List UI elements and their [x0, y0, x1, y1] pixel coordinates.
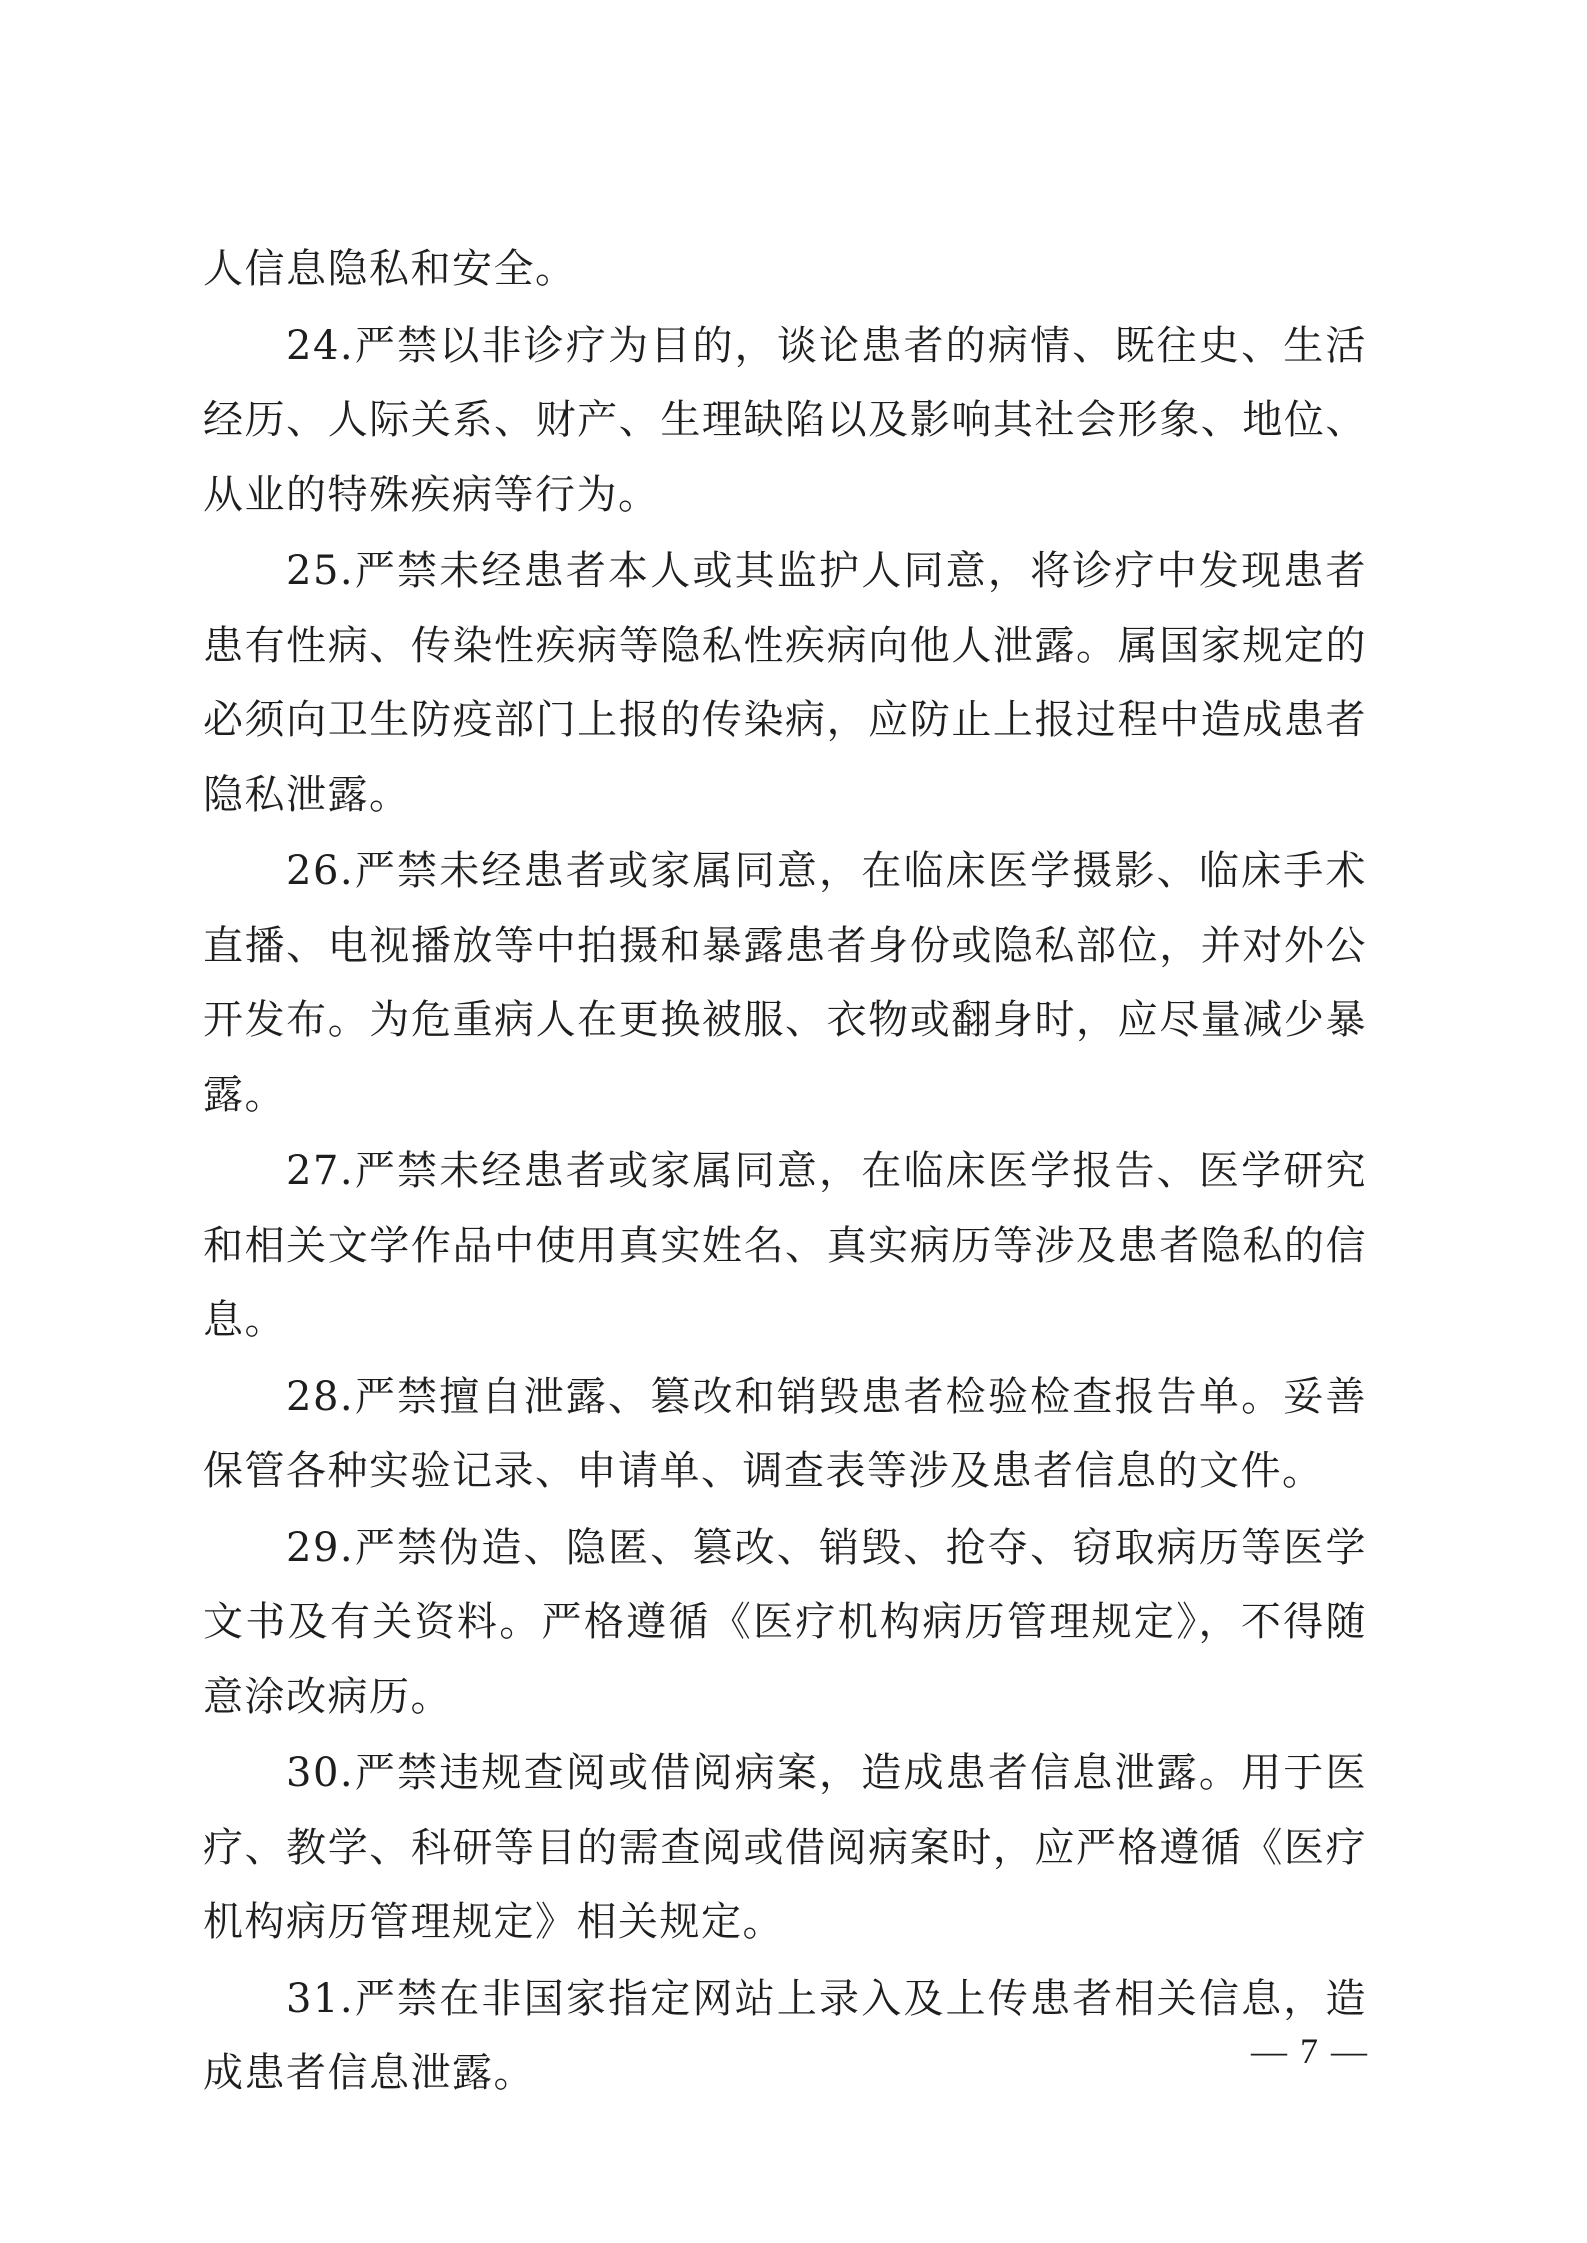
paragraph-continuation-23: 人信息隐私和安全。 — [203, 232, 1367, 307]
paragraph-item-30: 30.严禁违规查阅或借阅病案，造成患者信息泄露。用于医疗、教学、科研等目的需查阅… — [203, 1736, 1367, 1960]
page-number: — 7 — — [1240, 2030, 1380, 2072]
paragraph-item-29: 29.严禁伪造、隐匿、篡改、销毁、抢夺、窃取病历等医学文书及有关资料。严格遵循《… — [203, 1511, 1367, 1735]
paragraph-item-31: 31.严禁在非国家指定网站上录入及上传患者相关信息，造成患者信息泄露。 — [203, 1962, 1367, 2111]
paragraph-item-24: 24.严禁以非诊疗为目的，谈论患者的病情、既往史、生活经历、人际关系、财产、生理… — [203, 309, 1367, 533]
paragraph-item-27: 27.严禁未经患者或家属同意，在临床医学报告、医学研究和相关文学作品中使用真实姓… — [203, 1134, 1367, 1358]
paragraph-item-25: 25.严禁未经患者本人或其监护人同意，将诊疗中发现患者患有性病、传染性疾病等隐私… — [203, 534, 1367, 832]
paragraph-item-26: 26.严禁未经患者或家属同意，在临床医学摄影、临床手术直播、电视播放等中拍摄和暴… — [203, 834, 1367, 1132]
document-page-body: 人信息隐私和安全。 24.严禁以非诊疗为目的，谈论患者的病情、既往史、生活经历、… — [203, 232, 1367, 2111]
paragraph-item-28: 28.严禁擅自泄露、篡改和销毁患者检验检查报告单。妥善保管各种实验记录、申请单、… — [203, 1360, 1367, 1509]
